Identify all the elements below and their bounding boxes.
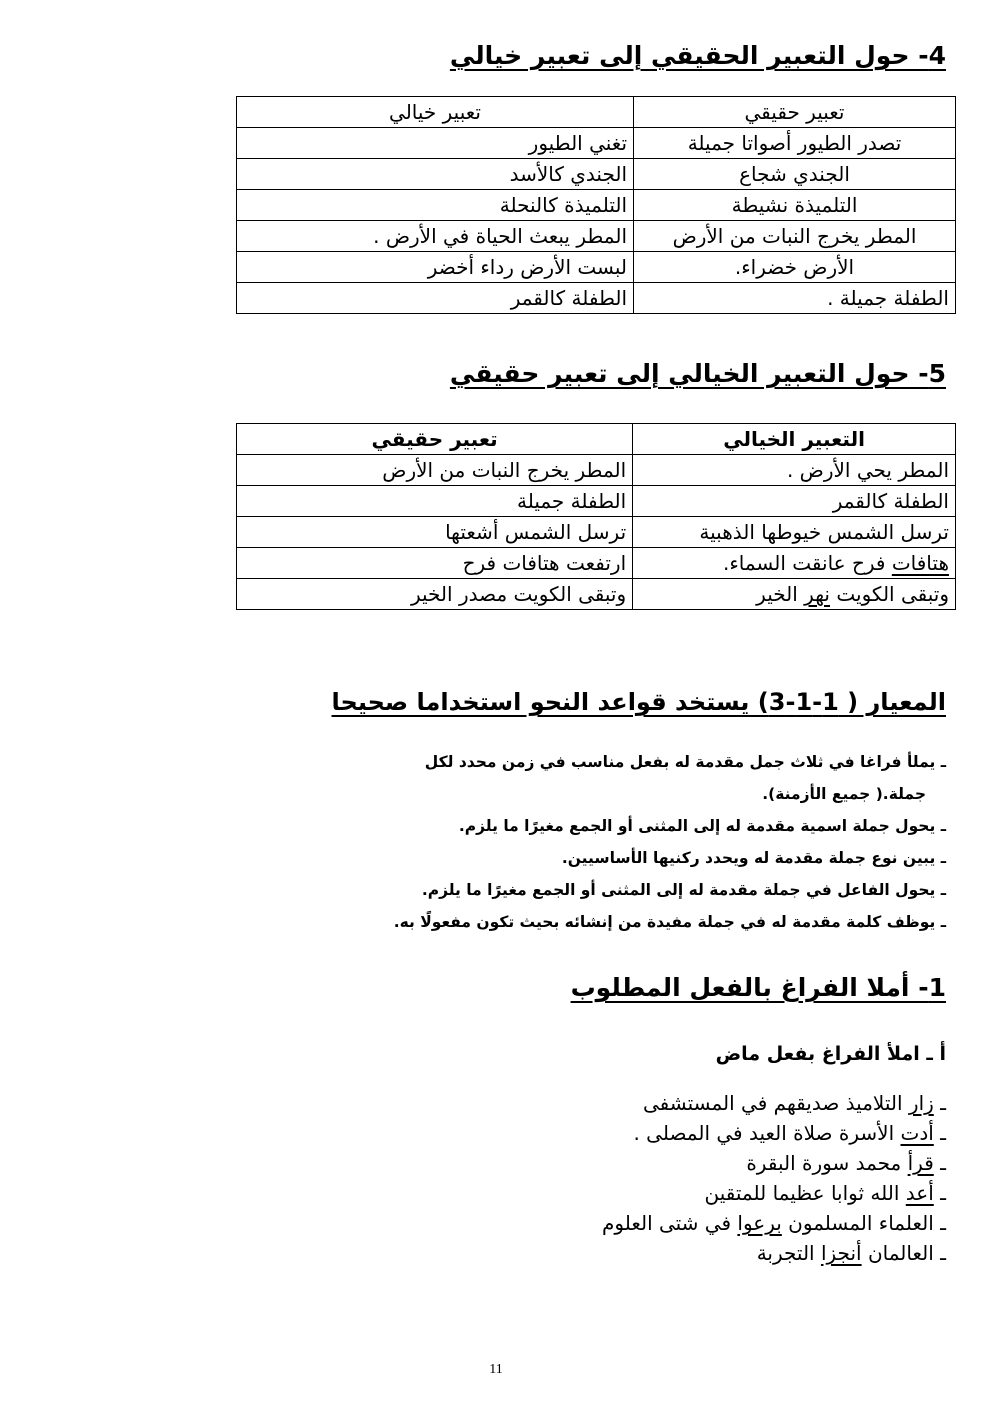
part-a-title: أ ـ املأ الفراغ بفعل ماض [716, 1041, 946, 1067]
objective-item: ـ يحول جملة اسمية مقدمة له إلى المثنى أو… [126, 810, 946, 842]
cell-real: ترسل الشمس أشعتها [237, 517, 633, 548]
table-row: الطفلة كالقمر الطفلة جميلة [237, 486, 956, 517]
cell-real: التلميذة نشيطة [634, 190, 956, 221]
line-prefix: ـ [934, 1151, 946, 1175]
table-header-row: تعبير حقيقي تعبير خيالي [237, 97, 956, 128]
fill-blank-line: ـ قرأ محمد سورة البقرة [602, 1148, 946, 1178]
cell-real: المطر يخرج النبات من الأرض [634, 221, 956, 252]
answer-blank[interactable]: قرأ [908, 1151, 934, 1175]
table-row: التلميذة نشيطة التلميذة كالنحلة [237, 190, 956, 221]
line-text: التجربة [757, 1241, 821, 1265]
line-prefix: ـ العالمان [862, 1241, 946, 1265]
cell-real: الطفلة جميلة . [634, 283, 956, 314]
objective-item: ـ يملأ فراغا في ثلاث جمل مقدمة له بفعل م… [126, 746, 946, 778]
answer-blank[interactable]: زار [909, 1091, 934, 1115]
answer-blank[interactable]: أعد [906, 1181, 934, 1205]
table-row: الجندي شجاع الجندي كالأسد [237, 159, 956, 190]
cell-text: الخير [756, 582, 804, 606]
table-row: المطر يحي الأرض . المطر يخرج النبات من ا… [237, 455, 956, 486]
line-text: الأسرة صلاة العيد في المصلى . [633, 1121, 900, 1145]
table-row: هتافات فرح عانقت السماء. ارتفعت هتافات ف… [237, 548, 956, 579]
cell-real: وتبقى الكويت مصدر الخير [237, 579, 633, 610]
header-real: تعبير حقيقي [237, 424, 633, 455]
fill-blank-line: ـ أعد الله ثوابا عظيما للمتقين [602, 1178, 946, 1208]
cell-imaginary: لبست الأرض رداء أخضر [237, 252, 634, 283]
cell-imaginary: وتبقى الكويت نهر الخير [633, 579, 956, 610]
cell-text: وتبقى الكويت [830, 582, 949, 606]
table-header-row: التعبير الخيالي تعبير حقيقي [237, 424, 956, 455]
cell-imaginary: المطر يحي الأرض . [633, 455, 956, 486]
page-number: 11 [0, 1362, 992, 1378]
answer-blank[interactable]: أنجزا [821, 1241, 862, 1265]
answer-blank[interactable]: أدت [900, 1121, 933, 1145]
section-4-title: 4- حول التعبير الحقيقي إلى تعبير خيالي [450, 40, 946, 72]
cell-imaginary: الطفلة كالقمر [633, 486, 956, 517]
section-5-title: 5- حول التعبير الخيالي إلى تعبير حقيقي [450, 358, 946, 390]
underlined-word: هتافات [892, 551, 949, 575]
imaginary-to-real-table: التعبير الخيالي تعبير حقيقي المطر يحي ال… [236, 423, 956, 610]
fill-blank-line: ـ العلماء المسلمون برعوا في شتى العلوم [602, 1208, 946, 1238]
underlined-word: نهر [804, 582, 830, 606]
fill-blank-line: ـ زار التلاميذ صديقهم في المستشفى [602, 1088, 946, 1118]
exercise-1-title: 1- أملا الفراغ بالفعل المطلوب [571, 972, 946, 1004]
cell-imaginary: المطر يبعث الحياة في الأرض . [237, 221, 634, 252]
line-text: التلاميذ صديقهم في المستشفى [643, 1091, 909, 1115]
cell-imaginary: ترسل الشمس خيوطها الذهبية [633, 517, 956, 548]
header-real: تعبير حقيقي [634, 97, 956, 128]
cell-imaginary: هتافات فرح عانقت السماء. [633, 548, 956, 579]
line-prefix: ـ [934, 1181, 946, 1205]
cell-real: ارتفعت هتافات فرح [237, 548, 633, 579]
header-imaginary: تعبير خيالي [237, 97, 634, 128]
line-text: في شتى العلوم [602, 1211, 737, 1235]
objective-item: ـ يحول الفاعل في جملة مقدمة له إلى المثن… [126, 874, 946, 906]
table-row: وتبقى الكويت نهر الخير وتبقى الكويت مصدر… [237, 579, 956, 610]
cell-real: الطفلة جميلة [237, 486, 633, 517]
cell-real: الجندي شجاع [634, 159, 956, 190]
line-prefix: ـ [934, 1121, 946, 1145]
table-row: تصدر الطيور أصواتا جميلة تغني الطيور [237, 128, 956, 159]
line-prefix: ـ العلماء المسلمون [782, 1211, 946, 1235]
fill-blank-line: ـ أدت الأسرة صلاة العيد في المصلى . [602, 1118, 946, 1148]
objective-item-continuation: جملة.( جميع الأزمنة). [126, 778, 946, 810]
cell-imaginary: التلميذة كالنحلة [237, 190, 634, 221]
cell-real: الأرض خضراء. [634, 252, 956, 283]
cell-real: المطر يخرج النبات من الأرض [237, 455, 633, 486]
cell-imaginary: تغني الطيور [237, 128, 634, 159]
standard-title: المعيار ( 1-1-3) يستخد قواعد النحو استخد… [332, 686, 946, 718]
standard-objectives-list: ـ يملأ فراغا في ثلاث جمل مقدمة له بفعل م… [126, 746, 946, 938]
cell-real: تصدر الطيور أصواتا جميلة [634, 128, 956, 159]
header-imaginary: التعبير الخيالي [633, 424, 956, 455]
table-row: ترسل الشمس خيوطها الذهبية ترسل الشمس أشع… [237, 517, 956, 548]
real-to-imaginary-table: تعبير حقيقي تعبير خيالي تصدر الطيور أصوا… [236, 96, 956, 314]
objective-item: ـ يوظف كلمة مقدمة له في جملة مفيدة من إن… [126, 906, 946, 938]
answer-blank[interactable]: برعوا [737, 1211, 781, 1235]
table-row: الطفلة جميلة . الطفلة كالقمر [237, 283, 956, 314]
objective-item: ـ يبين نوع جملة مقدمة له ويحدد ركنيها ال… [126, 842, 946, 874]
fill-blank-list: ـ زار التلاميذ صديقهم في المستشفى ـ أدت … [602, 1088, 946, 1268]
cell-text: فرح عانقت السماء. [723, 551, 892, 575]
fill-blank-line: ـ العالمان أنجزا التجربة [602, 1238, 946, 1268]
table-row: المطر يخرج النبات من الأرض المطر يبعث ال… [237, 221, 956, 252]
cell-imaginary: الطفلة كالقمر [237, 283, 634, 314]
cell-imaginary: الجندي كالأسد [237, 159, 634, 190]
line-prefix: ـ [934, 1091, 946, 1115]
line-text: الله ثوابا عظيما للمتقين [705, 1181, 906, 1205]
line-text: محمد سورة البقرة [746, 1151, 907, 1175]
table-row: الأرض خضراء. لبست الأرض رداء أخضر [237, 252, 956, 283]
